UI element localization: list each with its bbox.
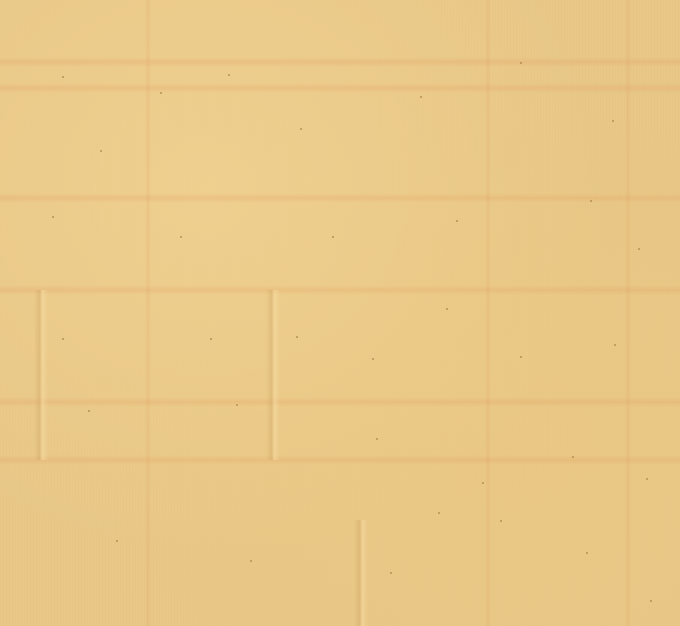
paper-speck: [52, 216, 54, 218]
paper-speck: [456, 220, 458, 222]
paper-speck: [612, 120, 614, 122]
paper-speck: [62, 338, 64, 340]
paper-speck: [160, 92, 162, 94]
paper-speck: [482, 482, 484, 484]
faint-vertical-line: [485, 0, 491, 626]
horizontal-band: [0, 397, 680, 407]
paper-speck: [390, 572, 392, 574]
horizontal-band: [0, 57, 680, 67]
paper-speck: [300, 128, 302, 130]
faint-vertical-line: [145, 0, 151, 626]
horizontal-band: [0, 193, 680, 203]
paper-speck: [228, 74, 230, 76]
paper-speck: [586, 552, 588, 554]
paper-speck: [296, 336, 298, 338]
horizontal-band: [0, 285, 680, 295]
paper-speck: [650, 600, 652, 602]
paper-speck: [62, 76, 64, 78]
paper-speck: [572, 456, 574, 458]
paper-speck: [638, 248, 640, 250]
horizontal-band: [0, 83, 680, 93]
paper-speck: [180, 236, 182, 238]
paper-speck: [376, 438, 378, 440]
paper-speck: [590, 200, 592, 202]
paper-speck: [88, 410, 90, 412]
horizontal-band: [0, 455, 680, 465]
paper-speck: [446, 308, 448, 310]
faint-vertical-line: [625, 0, 631, 626]
paper-speck: [100, 150, 102, 152]
fold-crease: [266, 290, 280, 460]
aged-paper-texture: [0, 0, 680, 626]
paper-speck: [520, 62, 522, 64]
paper-speck: [438, 512, 440, 514]
paper-speck: [614, 344, 616, 346]
paper-speck: [210, 338, 212, 340]
paper-speck: [646, 478, 648, 480]
paper-speck: [500, 520, 502, 522]
paper-speck: [520, 356, 522, 358]
paper-speck: [420, 96, 422, 98]
paper-speck: [236, 404, 238, 406]
fold-crease: [34, 290, 48, 460]
paper-speck: [250, 560, 252, 562]
paper-speck: [372, 358, 374, 360]
paper-speck: [332, 236, 334, 238]
fold-crease: [354, 520, 368, 626]
paper-speck: [116, 540, 118, 542]
